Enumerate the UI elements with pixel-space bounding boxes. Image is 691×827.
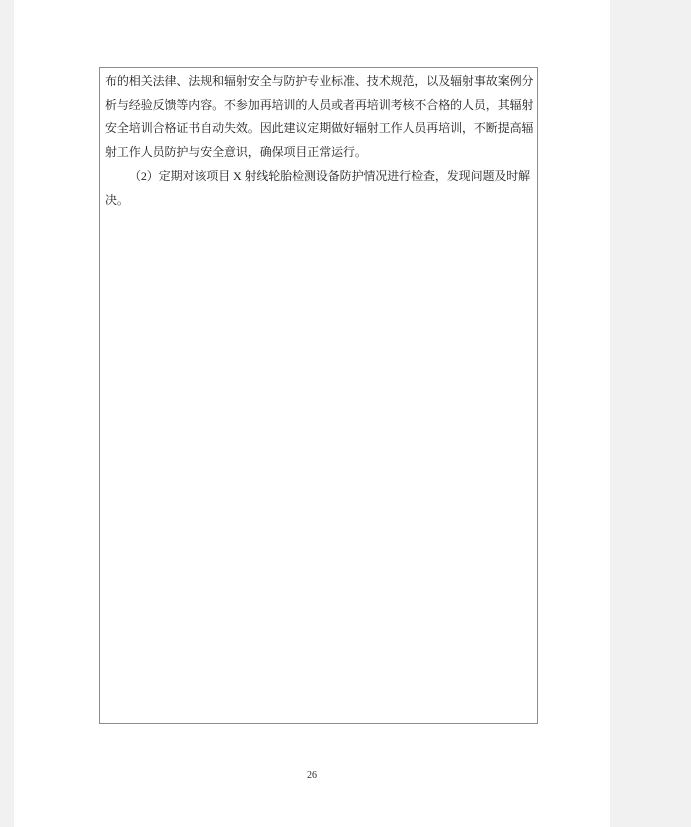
document-page[interactable]: 布的相关法律、法规和辐射安全与防护专业标准、技术规范，以及辐射事故案例分 析与经…	[14, 0, 610, 827]
page-number: 26	[14, 770, 610, 781]
text-line: 决。	[105, 189, 533, 213]
text-line: 安全培训合格证书自动失效。因此建议定期做好辐射工作人员再培训，不断提高辐	[105, 117, 533, 141]
document-viewer-canvas: 布的相关法律、法规和辐射安全与防护专业标准、技术规范，以及辐射事故案例分 析与经…	[0, 0, 691, 827]
text-line: （2）定期对该项目 X 射线轮胎检测设备防护情况进行检查，发现问题及时解	[105, 165, 533, 189]
text-line: 布的相关法律、法规和辐射安全与防护专业标准、技术规范，以及辐射事故案例分	[105, 70, 533, 94]
text-line: 射工作人员防护与安全意识，确保项目正常运行。	[105, 141, 533, 165]
table-cell: 布的相关法律、法规和辐射安全与防护专业标准、技术规范，以及辐射事故案例分 析与经…	[99, 67, 538, 724]
text-line: 析与经验反馈等内容。不参加再培训的人员或者再培训考核不合格的人员，其辐射	[105, 94, 533, 118]
